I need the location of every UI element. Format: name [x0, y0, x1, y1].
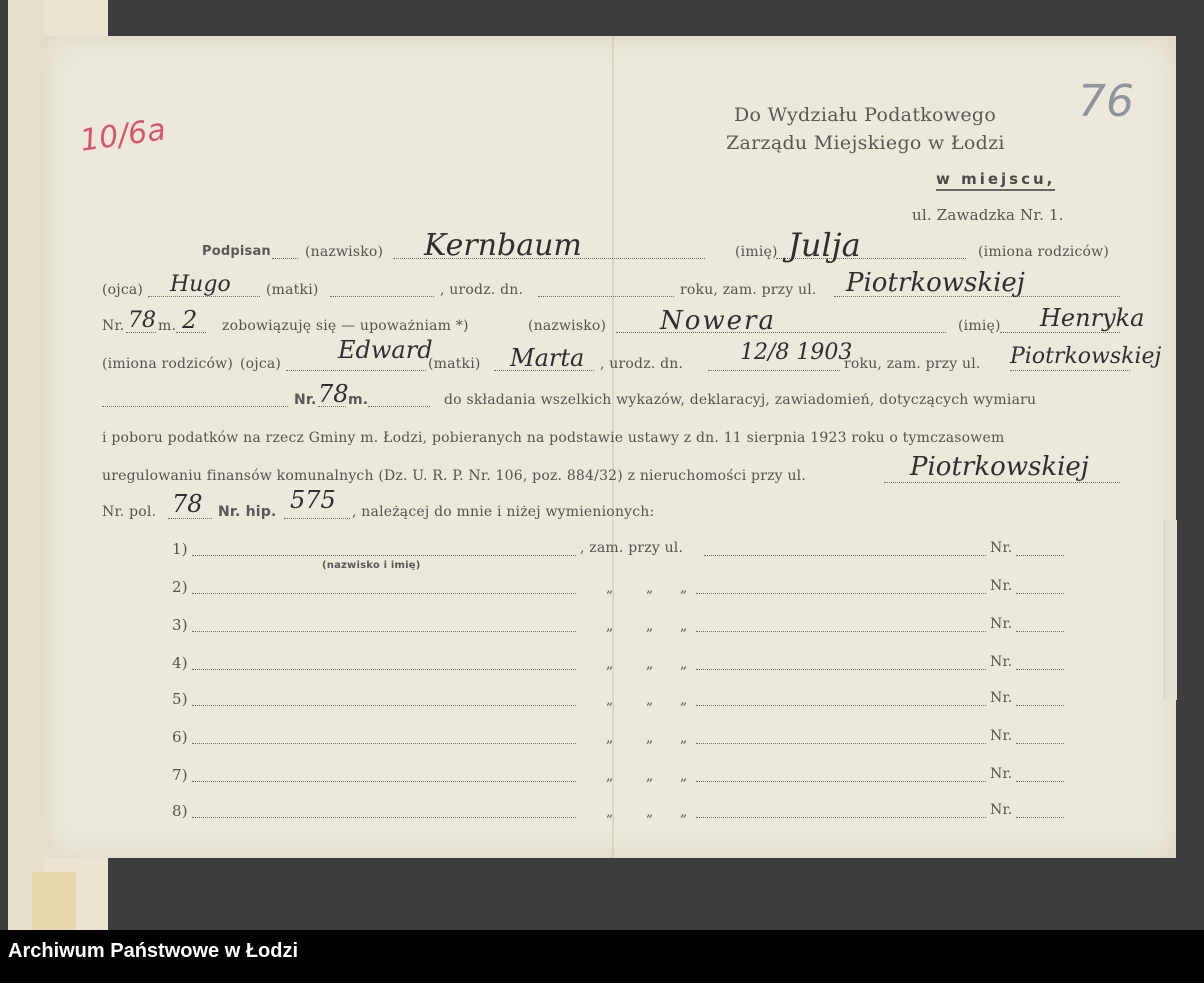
label-ojca: (ojca): [102, 282, 143, 298]
name-field[interactable]: [192, 817, 576, 818]
text-poboru: i poboru podatków na rzecz Gminy m. Łodz…: [102, 430, 1004, 446]
label-nr-pol: Nr. pol.: [102, 504, 156, 520]
field-imie[interactable]: Julja: [788, 226, 861, 264]
street-field[interactable]: [696, 781, 986, 782]
adjacent-page-tab: [32, 872, 76, 930]
label-nazwisko-2: (nazwisko): [528, 318, 606, 334]
field-upowaz-imie[interactable]: Henryka: [1040, 304, 1144, 332]
label-nr-2: Nr.: [294, 392, 317, 408]
ditto-mark: „: [606, 580, 613, 596]
field-nr-hip[interactable]: 575: [290, 486, 336, 514]
archive-caption: Archiwum Państwowe w Łodzi: [8, 940, 298, 963]
label-podpisan: Podpisan: [202, 244, 271, 259]
number-field[interactable]: [1016, 593, 1064, 594]
label-nr-row: Nr.: [990, 540, 1012, 556]
label-nr: Nr.: [102, 318, 124, 334]
ditto-mark: „: [606, 692, 613, 708]
number-field[interactable]: [1016, 743, 1064, 744]
row-number: 2): [172, 578, 188, 596]
field-upowaz-nr[interactable]: 78: [318, 380, 349, 408]
ditto-mark: „: [606, 768, 613, 784]
label-nr-hip: Nr. hip.: [218, 504, 277, 520]
label-nr-row: Nr.: [990, 616, 1012, 632]
ditto-mark: „: [606, 730, 613, 746]
street-field[interactable]: [696, 743, 986, 744]
dotted-line: [1010, 370, 1130, 371]
label-urodz-2: , urodz. dn.: [600, 356, 683, 372]
row-number: 6): [172, 728, 188, 746]
ditto-mark: „: [606, 618, 613, 634]
addressee-line-1: Do Wydziału Podatkowego: [734, 104, 996, 126]
label-matki-2: (matki): [428, 356, 481, 372]
dotted-line: [1000, 332, 1120, 333]
text-nalezacej: , należącej do mnie i niżej wymienionych…: [352, 504, 654, 520]
row-number: 3): [172, 616, 188, 634]
name-field[interactable]: [192, 631, 576, 632]
label-nr-row: Nr.: [990, 802, 1012, 818]
label-nazwisko-i-imie: (nazwisko i imię): [322, 560, 421, 571]
label-imie-2: (imię): [958, 318, 1001, 334]
street-field[interactable]: [696, 631, 986, 632]
ditto-mark: „: [646, 618, 653, 634]
number-field[interactable]: [1016, 669, 1064, 670]
addressee-line-2: Zarządu Miejskiego w Łodzi: [726, 132, 1005, 154]
ditto-mark: „: [606, 804, 613, 820]
field-m[interactable]: 2: [182, 306, 197, 334]
label-nr-row: Nr.: [990, 728, 1012, 744]
row-number: 4): [172, 654, 188, 672]
field-upowaz-nazwisko[interactable]: Nowera: [660, 306, 776, 336]
number-field[interactable]: [1016, 705, 1064, 706]
number-field[interactable]: [1016, 555, 1064, 556]
ditto-mark: „: [680, 768, 687, 784]
name-field[interactable]: [192, 669, 576, 670]
field-ulica[interactable]: Piotrkowskiej: [846, 268, 1025, 298]
name-field[interactable]: [192, 705, 576, 706]
name-field[interactable]: [192, 743, 576, 744]
dotted-line: [538, 296, 674, 297]
field-nr-pol[interactable]: 78: [172, 490, 203, 518]
ditto-mark: „: [680, 730, 687, 746]
label-imiona-rodzicow-2: (imiona rodziców): [102, 356, 233, 372]
label-zam-przy-ul: , zam. przy ul.: [580, 540, 683, 556]
row-number: 7): [172, 766, 188, 784]
field-upowaz-matki[interactable]: Marta: [510, 344, 584, 372]
label-nr-row: Nr.: [990, 766, 1012, 782]
street-field[interactable]: [704, 555, 986, 556]
street-field[interactable]: [696, 817, 986, 818]
name-field[interactable]: [192, 781, 576, 782]
dotted-line: [102, 406, 288, 407]
label-nazwisko: (nazwisko): [305, 244, 383, 260]
ditto-mark: „: [680, 580, 687, 596]
street-field[interactable]: [696, 705, 986, 706]
label-imiona-rodzicow: (imiona rodziców): [978, 244, 1109, 260]
ditto-mark: „: [646, 768, 653, 784]
dotted-line: [330, 296, 434, 297]
adjacent-page-edge: [8, 0, 45, 930]
street-field[interactable]: [696, 593, 986, 594]
name-field[interactable]: [192, 593, 576, 594]
label-ojca-2: (ojca): [240, 356, 281, 372]
ditto-mark: „: [680, 692, 687, 708]
ditto-mark: „: [646, 730, 653, 746]
field-ojca[interactable]: Hugo: [170, 272, 231, 297]
field-nr[interactable]: 78: [128, 308, 156, 333]
label-matki: (matki): [266, 282, 319, 298]
ditto-mark: „: [646, 804, 653, 820]
pencil-number-annotation: 76: [1078, 76, 1134, 127]
field-upowaz-ojca[interactable]: Edward: [338, 336, 433, 364]
ditto-mark: „: [646, 580, 653, 596]
dotted-line: [272, 258, 298, 259]
label-roku-zam-2: roku, zam. przy ul.: [844, 356, 981, 372]
label-nr-row: Nr.: [990, 690, 1012, 706]
dotted-line: [284, 518, 350, 519]
label-m-2: m.: [348, 392, 368, 408]
name-field[interactable]: [192, 555, 576, 556]
number-field[interactable]: [1016, 817, 1064, 818]
paper-torn-edge: [1164, 520, 1177, 700]
label-zobowiazuje: zobowiązuję się — upoważniam *): [222, 318, 469, 334]
number-field[interactable]: [1016, 631, 1064, 632]
dotted-line: [368, 406, 430, 407]
dotted-line: [884, 482, 1120, 483]
dotted-line: [168, 518, 212, 519]
text-uregulowaniu: uregulowaniu finansów komunalnych (Dz. U…: [102, 468, 806, 484]
addressee-line-3: w miejscu,: [936, 170, 1055, 191]
ditto-mark: „: [680, 804, 687, 820]
label-m: m.: [158, 318, 176, 334]
dotted-line: [708, 370, 840, 371]
field-nieruchomosc-ulica[interactable]: Piotrkowskiej: [910, 452, 1089, 482]
street-field[interactable]: [696, 669, 986, 670]
label-imie: (imię): [735, 244, 778, 260]
ditto-mark: „: [680, 618, 687, 634]
ditto-mark: „: [646, 656, 653, 672]
field-nazwisko[interactable]: Kernbaum: [424, 228, 582, 263]
label-roku-zam: roku, zam. przy ul.: [680, 282, 817, 298]
label-urodz: , urodz. dn.: [440, 282, 523, 298]
addressee-street: ul. Zawadzka Nr. 1.: [912, 206, 1064, 224]
row-number: 1): [172, 540, 188, 558]
row-number: 5): [172, 690, 188, 708]
ditto-mark: „: [606, 656, 613, 672]
row-number: 8): [172, 802, 188, 820]
label-nr-row: Nr.: [990, 654, 1012, 670]
dotted-line: [286, 370, 426, 371]
field-upowaz-urodz[interactable]: 12/8 1903: [740, 340, 852, 365]
ditto-mark: „: [680, 656, 687, 672]
label-nr-row: Nr.: [990, 578, 1012, 594]
ditto-mark: „: [646, 692, 653, 708]
text-do-skladania: do składania wszelkich wykazów, deklarac…: [444, 392, 1036, 408]
number-field[interactable]: [1016, 781, 1064, 782]
field-upowaz-ulica[interactable]: Piotrkowskiej: [1010, 344, 1161, 369]
